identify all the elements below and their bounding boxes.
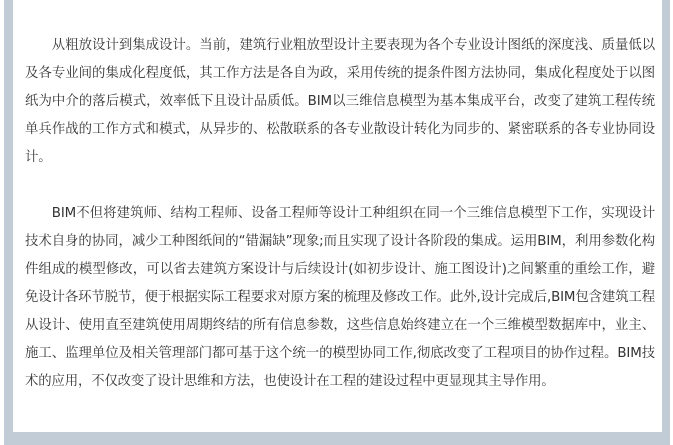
article-content: 从粗放设计到集成设计。当前，建筑行业粗放型设计主要表现为各个专业设计图纸的深度浅…: [13, 0, 662, 432]
article-frame: 从粗放设计到集成设计。当前，建筑行业粗放型设计主要表现为各个专业设计图纸的深度浅…: [4, 0, 670, 445]
paragraph-integrated-design: 从粗放设计到集成设计。当前，建筑行业粗放型设计主要表现为各个专业设计图纸的深度浅…: [25, 32, 655, 172]
paragraph-bim-collaboration: BIM不但将建筑师、结构工程师、设备工程师等设计工种组织在同一个三维信息模型下工…: [25, 200, 655, 396]
